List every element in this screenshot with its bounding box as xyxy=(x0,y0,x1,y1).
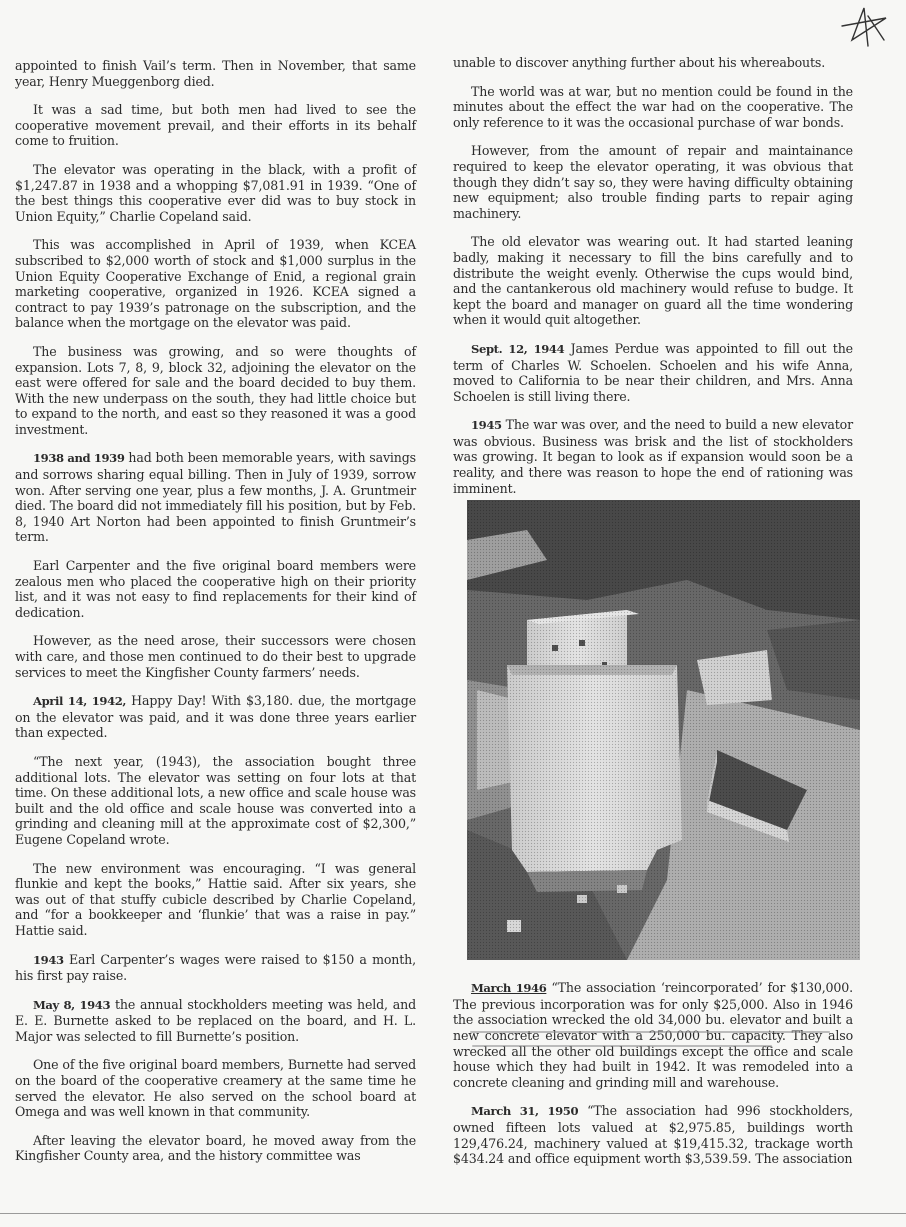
paragraph: unable to discover anything further abou… xyxy=(453,55,853,71)
paragraph: One of the five original board members, … xyxy=(15,1057,416,1119)
date-lead: March 31, 1950 xyxy=(471,1104,578,1118)
date-lead: 1945 xyxy=(471,418,502,432)
paragraph: This was accomplished in April of 1939, … xyxy=(15,237,416,331)
paragraph: However, from the amount of repair and m… xyxy=(453,143,853,221)
paragraph: 1945 The war was over, and the need to b… xyxy=(453,417,853,496)
pencil-underline xyxy=(470,1031,830,1033)
paragraph: However, as the need arose, their succes… xyxy=(15,633,416,680)
paragraph: “The next year, (1943), the association … xyxy=(15,754,416,848)
paragraph: The world was at war, but no mention cou… xyxy=(453,84,853,131)
paragraph: It was a sad time, but both men had live… xyxy=(15,102,416,149)
paragraph: 1943 Earl Carpenter’s wages were raised … xyxy=(15,952,416,984)
paragraph: Earl Carpenter and the five original boa… xyxy=(15,558,416,620)
paragraph: March 1946 “The association ‘reincorpora… xyxy=(453,980,853,1090)
document-page: appointed to finish Vail’s term. Then in… xyxy=(0,0,906,1227)
paragraph: April 14, 1942, Happy Day! With $3,180. … xyxy=(15,693,416,741)
paragraph: May 8, 1943 the annual stockholders meet… xyxy=(15,997,416,1045)
pencil-underline xyxy=(472,1045,772,1047)
date-lead: 1938 and 1939 xyxy=(33,451,125,465)
page-bottom-edge xyxy=(0,1213,906,1214)
paragraph: After leaving the elevator board, he mov… xyxy=(15,1133,416,1164)
paragraph: The elevator was operating in the black,… xyxy=(15,162,416,224)
paragraph: March 31, 1950 “The association had 996 … xyxy=(453,1103,853,1166)
date-lead: 1943 xyxy=(33,953,64,967)
paragraph: 1938 and 1939 had both been memorable ye… xyxy=(15,450,416,545)
date-lead: April 14, 1942, xyxy=(33,694,126,708)
date-lead: Sept. 12, 1944 xyxy=(471,342,564,356)
paragraph: The business was growing, and so were th… xyxy=(15,344,416,438)
paragraph: The new environment was encouraging. “I … xyxy=(15,861,416,939)
star-scribble-icon xyxy=(838,6,890,48)
right-column: unable to discover anything further abou… xyxy=(453,55,853,1180)
paragraph: The old elevator was wearing out. It had… xyxy=(453,234,853,328)
date-lead: March 1946 xyxy=(471,981,546,995)
paragraph: appointed to finish Vail’s term. Then in… xyxy=(15,58,416,89)
elevator-aerial-photo xyxy=(467,500,860,960)
paragraph: Sept. 12, 1944 James Perdue was appointe… xyxy=(453,341,853,404)
date-lead: May 8, 1943 xyxy=(33,998,110,1012)
left-column: appointed to finish Vail’s term. Then in… xyxy=(15,58,416,1177)
